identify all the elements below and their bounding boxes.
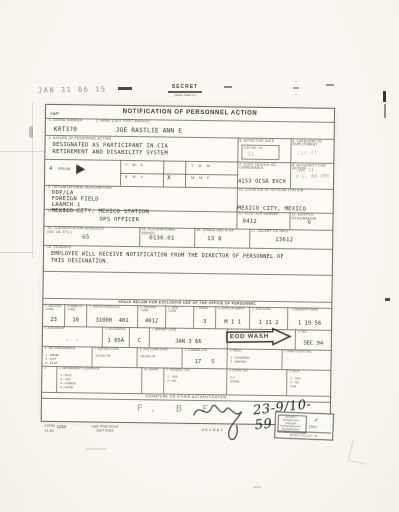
personnel-action-form: A&P NOTIFICATION OF PERSONNEL ACTION 1. …	[41, 104, 335, 426]
action-header: 3. NATURE OF PERSONNEL ACTION	[49, 136, 112, 141]
grid-cell: N. SECSEC 94	[296, 329, 331, 349]
grid-cell: Z. FICA1 - YES 2 - NO 9 99	[287, 369, 330, 396]
grid-cell: U.	[42, 366, 57, 392]
item4-table1-row2: B M Y	[125, 176, 145, 180]
item6-header: 6. CATEGORY OF EMPLOYMENT	[293, 140, 334, 148]
position-number-header: 12. POSITION NUMBER	[239, 213, 279, 217]
eod-arrow-stamp: EOD WASH	[226, 327, 292, 346]
item4-table2-row1: T M W	[191, 165, 212, 169]
name-value: JOE RASTLIE ANN E	[116, 126, 183, 134]
classification-header: SECRET (When Filled In)	[150, 84, 220, 97]
name-header: 2. NAME (LAST-FIRST-MIDDLE)	[96, 120, 150, 124]
effective-date-columns: DAY MO. YR	[244, 146, 262, 150]
effective-date-value: 31	[247, 152, 254, 158]
grid-cell: I. LONGEVITY DATE1 19 56	[288, 307, 331, 330]
item4-label: PROB	[58, 167, 70, 171]
grid-cell: G. DATE OF BIRTHM 1 1	[216, 306, 250, 328]
grid-cell: R. CAREER CAT17 5	[182, 348, 227, 369]
grade-header: 16. GRADE AND STEP	[196, 229, 246, 233]
check-mark-icon: ✓	[314, 417, 319, 424]
grid-cell: E. SUB CODE	[166, 306, 194, 328]
position-number-value: 0412	[242, 219, 257, 225]
grid-cell: A. SECOND CODE23	[43, 304, 65, 326]
grid-cell: T. PREV GOVT SVC- -	[282, 349, 330, 370]
series-value: 0136.01	[149, 235, 174, 241]
footer-form-number: 1150	[57, 424, 67, 429]
schedule-header: 14. CLASSIFICATION SCHEDULE (GS, LB, ETC…	[47, 227, 135, 236]
item13-header: 13. SERVICE DESIGNATION	[292, 213, 333, 221]
faint-mark-bottom-left	[86, 448, 106, 450]
grid-cell: W. LEAVE	[142, 367, 164, 393]
item4-x-mark: X	[167, 175, 171, 182]
item7-value: 4153 OCSR EXCH	[238, 178, 286, 185]
grid-cell: X. FEDERAL TAX1 - YES 2 - NO	[164, 368, 227, 395]
margin-smudge	[29, 126, 33, 138]
scanned-document-page: JAN 31 66 15 SECRET (When Filled In) A&P	[0, 0, 399, 512]
grid-cell: S. FEGLI1 - COVERED 2 - WAIVED	[227, 348, 282, 369]
op-grid-row-d: U. V. RETIREMENT COVERAGE1 - FICA 2 - CS…	[42, 366, 330, 397]
salary-header: 17. SALARY OR RATE	[251, 230, 321, 235]
faint-mark-bottom-center	[253, 486, 261, 488]
location-header: 10. LOCATION OF OFFICIAL STATION	[239, 188, 303, 193]
effective-date-header: 5. EFFECTIVE DATE	[240, 139, 275, 143]
item6-stamp-value: CSC-41	[297, 150, 317, 157]
ink-dash-1	[118, 87, 132, 90]
grid-cell: C	[130, 327, 150, 347]
item13-value: G	[307, 220, 311, 226]
grid-cell: O. VET PREFERENCE1 - NONE 2 - 5 PT 3 - 1…	[42, 346, 92, 367]
footer-use-note: USE PREVIOUS EDITIONS	[92, 426, 119, 434]
serial-number-header: 1. SERIAL NUMBER	[49, 119, 83, 123]
item4-table1-row1: T M X	[125, 164, 145, 168]
grade-value: 13 8	[207, 236, 222, 242]
grid-cell: Q. SVC COMP DATEDA MO YR	[137, 347, 182, 368]
ink-dash-2	[224, 86, 232, 88]
salary-value: 13612	[275, 237, 293, 243]
grid-cell: P. SEP/RET DATEDA MO YR	[92, 347, 137, 368]
grid-cell: Y. STATE TAXD.C. STATE	[227, 368, 287, 395]
footer-form-edition: 11-63	[45, 430, 54, 434]
right-edge-dash	[385, 298, 390, 301]
right-edge-mark-1	[383, 91, 386, 102]
grid-cell: V. RETIREMENT COVERAGE1 - FICA 2 - CSC 3…	[57, 366, 142, 393]
ink-dash-3	[293, 87, 299, 89]
signature-scrawl	[189, 395, 260, 444]
grid-cell: K. ACCESSION1 65A	[103, 327, 130, 347]
item7-header: 7. COST CENTER NO. CHARGEABLE	[239, 163, 277, 171]
grid-cell: H. EOD DATE1 11 2	[250, 307, 288, 330]
item4-number: 4	[49, 166, 52, 172]
ink-dash-4	[326, 84, 334, 86]
action-value: DESIGNATED AS PARTICIPANT IN CIA RETIREM…	[52, 142, 168, 157]
stamp-number: 10021	[309, 425, 317, 429]
position-title-value: OPS OFFICER	[99, 217, 139, 224]
right-edge-mark-2	[384, 104, 386, 118]
pencil-mark-right	[348, 440, 372, 465]
form-title: NOTIFICATION OF PERSONNEL ACTION	[46, 108, 334, 118]
grid-cell: B. EMPLOY CODE10	[65, 304, 87, 326]
fold-line-upper	[0, 151, 45, 152]
item4-arrow-icon	[76, 164, 85, 174]
item4-table2-row2: M M F	[191, 177, 211, 181]
secret-top-subtext: (When Filled In)	[150, 93, 220, 97]
remarks-header: 18. REMARKS	[47, 246, 71, 250]
grid-cell: F. INTEG3	[194, 306, 216, 328]
position-title-header: 11. POSITION TITLE	[48, 210, 83, 214]
fold-line-lower	[0, 252, 33, 253]
secret-top-label: SECRET	[150, 84, 220, 90]
remarks-value: EMPLOYEE WILL RECEIVE NOTIFICATION FROM …	[51, 251, 284, 267]
grid-cell: J. ANNUITANT- -	[43, 326, 103, 347]
grid-cell: C. ORGAN HDQS FLD31000 401	[87, 304, 138, 327]
classification-stamp-box: GROUP 1 Excluded from automatic downgrad…	[274, 411, 334, 440]
date-stamp: JAN 31 66 15	[38, 85, 107, 94]
grid-cell: L. SEP/RET DATEJAN 3 66	[150, 327, 228, 348]
arrow-stamp-text: EOD WASH	[230, 333, 269, 339]
group-text: GROUP 1 Excluded from automatic downgrad…	[278, 415, 303, 431]
schedule-value: GS	[82, 234, 89, 240]
grid-cell: D. STATION CODE4012	[138, 305, 166, 327]
secret-bottom-label: SECRET	[202, 427, 224, 432]
item8-stamp-value: JAN 31 P.L. 88-290	[296, 168, 329, 181]
serial-number-value: K0T370	[54, 125, 78, 132]
